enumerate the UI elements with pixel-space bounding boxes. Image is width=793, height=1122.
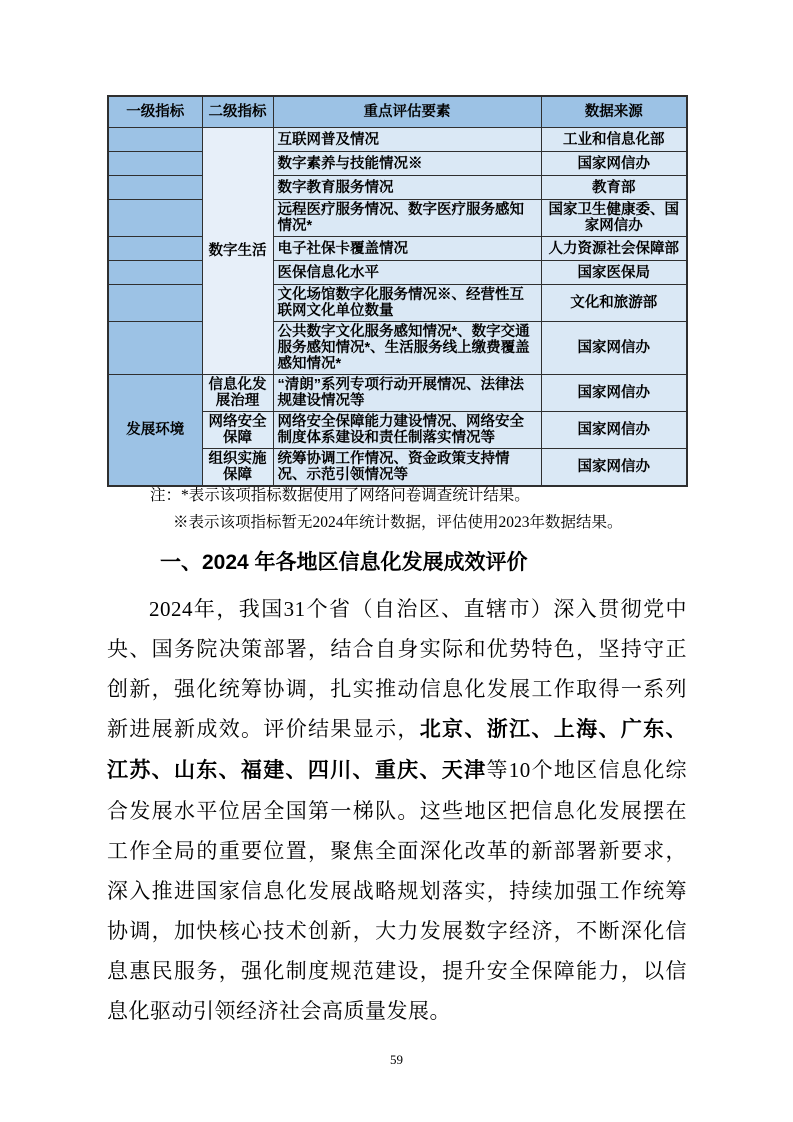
- source-cell: 国家医保局: [541, 261, 687, 285]
- table-row: 文化场馆数字化服务情况※、经营性互联网文化单位数量文化和旅游部: [108, 285, 687, 322]
- header-factors: 重点评估要素: [273, 96, 541, 128]
- source-cell: 工业和信息化部: [541, 128, 687, 152]
- level1-cell-empty: [108, 261, 202, 285]
- table-row: 发展环境信息化发展治理“清朗”系列专项行动开展情况、法律法规建设情况等国家网信办: [108, 375, 687, 412]
- table-notes: 注：*表示该项指标数据使用了网络问卷调查统计结果。 ※表示该项指标暂无2024年…: [107, 482, 707, 536]
- factor-cell: 医保信息化水平: [273, 261, 541, 285]
- factor-cell: 数字教育服务情况: [273, 176, 541, 200]
- table-header-row: 一级指标 二级指标 重点评估要素 数据来源: [108, 96, 687, 128]
- level2-cell: 网络安全保障: [202, 412, 273, 449]
- body-paragraph: 2024年，我国31个省（自治区、直辖市）深入贯彻党中央、国务院决策部署，结合自…: [107, 589, 687, 1031]
- paragraph-segment: 等10个地区信息化综合发展水平位居全国第一梯队。这些地区把信息化发展摆在工作全局…: [107, 758, 687, 1023]
- section-heading: 一、2024 年各地区信息化发展成效评价: [107, 546, 739, 576]
- factor-cell: 远程医疗服务情况、数字医疗服务感知情况*: [273, 200, 541, 237]
- table-row: 公共数字文化服务感知情况*、数字交通服务感知情况*、生活服务线上缴费覆盖感知情况…: [108, 322, 687, 375]
- level1-cell-empty: [108, 322, 202, 375]
- note-label: 注：: [150, 487, 181, 504]
- factor-cell: 数字素养与技能情况※: [273, 152, 541, 176]
- source-cell: 国家网信办: [541, 412, 687, 449]
- factor-cell: 电子社保卡覆盖情况: [273, 237, 541, 261]
- level1-cell-empty: [108, 237, 202, 261]
- source-cell: 国家网信办: [541, 449, 687, 487]
- factor-cell: 统筹协调工作情况、资金政策支持情况、示范引领情况等: [273, 449, 541, 487]
- header-level1: 一级指标: [108, 96, 202, 128]
- level2-cell-digital-life: 数字生活: [202, 128, 273, 375]
- source-cell: 国家网信办: [541, 152, 687, 176]
- document-page: 一级指标 二级指标 重点评估要素 数据来源 数字生活互联网普及情况工业和信息化部…: [0, 0, 793, 1122]
- indicator-table-wrap: 一级指标 二级指标 重点评估要素 数据来源 数字生活互联网普及情况工业和信息化部…: [107, 95, 686, 487]
- level1-cell-empty: [108, 176, 202, 200]
- header-source: 数据来源: [541, 96, 687, 128]
- factor-cell: 互联网普及情况: [273, 128, 541, 152]
- table-row: 医保信息化水平国家医保局: [108, 261, 687, 285]
- level1-cell-empty: [108, 152, 202, 176]
- indicator-table-body: 数字生活互联网普及情况工业和信息化部数字素养与技能情况※国家网信办数字教育服务情…: [108, 128, 687, 487]
- source-cell: 人力资源社会保障部: [541, 237, 687, 261]
- page-number: 59: [0, 1052, 793, 1068]
- factor-cell: “清朗”系列专项行动开展情况、法律法规建设情况等: [273, 375, 541, 412]
- table-row: 电子社保卡覆盖情况人力资源社会保障部: [108, 237, 687, 261]
- note-line-1: 注：*表示该项指标数据使用了网络问卷调查统计结果。: [150, 482, 707, 509]
- source-cell: 国家网信办: [541, 375, 687, 412]
- level2-cell: 信息化发展治理: [202, 375, 273, 412]
- header-level2: 二级指标: [202, 96, 273, 128]
- note-text-1: *表示该项指标数据使用了网络问卷调查统计结果。: [181, 487, 530, 504]
- factor-cell: 网络安全保障能力建设情况、网络安全制度体系建设和责任制落实情况等: [273, 412, 541, 449]
- level2-cell: 组织实施保障: [202, 449, 273, 487]
- level1-cell-empty: [108, 128, 202, 152]
- indicator-table: 一级指标 二级指标 重点评估要素 数据来源 数字生活互联网普及情况工业和信息化部…: [107, 95, 688, 487]
- table-row: 数字教育服务情况教育部: [108, 176, 687, 200]
- factor-cell: 文化场馆数字化服务情况※、经营性互联网文化单位数量: [273, 285, 541, 322]
- table-row: 远程医疗服务情况、数字医疗服务感知情况*国家卫生健康委、国家网信办: [108, 200, 687, 237]
- table-row: 数字生活互联网普及情况工业和信息化部: [108, 128, 687, 152]
- level1-cell-empty: [108, 285, 202, 322]
- level1-cell-empty: [108, 200, 202, 237]
- source-cell: 国家卫生健康委、国家网信办: [541, 200, 687, 237]
- level1-cell-environment: 发展环境: [108, 375, 202, 487]
- note-line-2: ※表示该项指标暂无2024年统计数据，评估使用2023年数据结果。: [173, 509, 707, 536]
- factor-cell: 公共数字文化服务感知情况*、数字交通服务感知情况*、生活服务线上缴费覆盖感知情况…: [273, 322, 541, 375]
- source-cell: 教育部: [541, 176, 687, 200]
- source-cell: 文化和旅游部: [541, 285, 687, 322]
- table-row: 数字素养与技能情况※国家网信办: [108, 152, 687, 176]
- source-cell: 国家网信办: [541, 322, 687, 375]
